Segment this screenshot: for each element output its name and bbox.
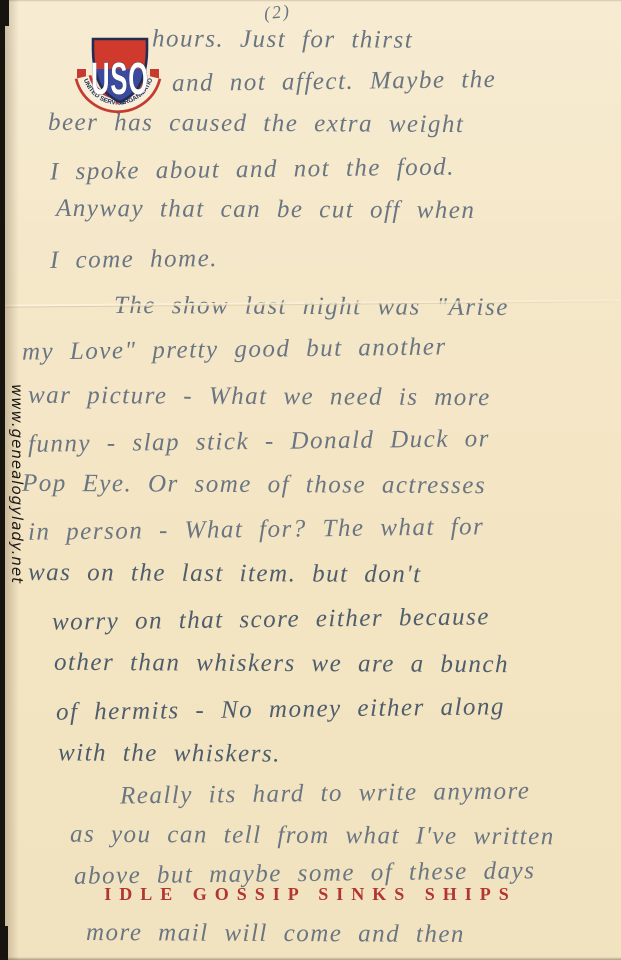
letter-line: hours. Just for thirst [152, 25, 413, 54]
letter-line: Anyway that can be cut off when [56, 195, 476, 225]
scan-edge-top-notch [0, 0, 9, 26]
scan-edge-top [0, 0, 621, 2]
letter-line: more mail will come and then [86, 919, 465, 949]
letter-line: I spoke about and not the food. [50, 154, 455, 187]
letter-line: I come home. [50, 245, 218, 275]
letter-line: as you can tell from what I've written [70, 821, 555, 852]
letter-line: with the whiskers. [58, 739, 281, 768]
letter-line: worry on that score either because [52, 603, 490, 636]
letter-line: beer has caused the extra weight [48, 109, 465, 139]
letter-line: in person - What for? The what for [28, 513, 485, 547]
letter-line: funny - slap stick - Donald Duck or [28, 425, 490, 459]
printed-slogan: IDLE GOSSIP SINKS SHIPS [0, 884, 621, 905]
letter-line: and not affect. Maybe the [172, 66, 497, 98]
letter-line: Really its hard to write anymore [120, 777, 531, 810]
scan-edge-left-shadow [5, 0, 19, 960]
page-number: (2) [263, 1, 292, 25]
letter-line: was on the last item. but don't [28, 559, 422, 589]
letter-line: Pop Eye. Or some of those actresses [22, 470, 486, 500]
letter-line: my Love" pretty good but another [22, 333, 447, 366]
uso-acronym: USO [91, 53, 149, 103]
letter-line: other than whiskers we are a bunch [54, 649, 509, 679]
scanned-letter-page: UNITED SERVICE ★ ORGANIZATIONS USO (2) h… [0, 0, 621, 960]
letter-line: of hermits - No money either along [56, 693, 505, 726]
letter-line: war picture - What we need is more [28, 382, 491, 412]
scan-edge-bottom-notch [0, 926, 8, 960]
